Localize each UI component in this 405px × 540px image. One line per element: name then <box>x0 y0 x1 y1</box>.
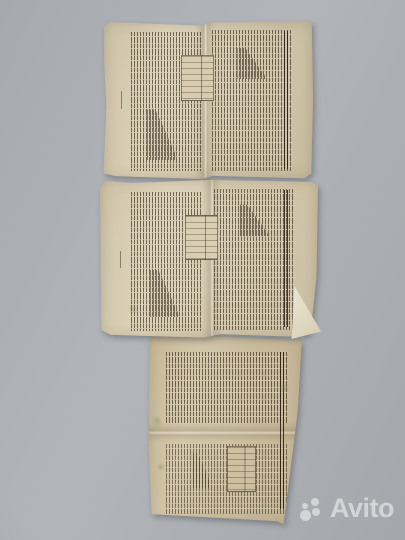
figures-table <box>227 446 256 492</box>
stain <box>126 302 140 316</box>
stain <box>149 413 165 429</box>
top-document-wrap <box>103 21 313 179</box>
page-footer-print <box>120 251 121 268</box>
bold-heading-bars <box>284 31 288 168</box>
watermark-label: Avito <box>330 495 394 522</box>
stain <box>155 461 167 473</box>
avito-logo-icon <box>299 494 325 522</box>
bold-heading-bars <box>284 190 288 327</box>
listing-photo: Avito <box>0 0 405 540</box>
middle-document <box>100 179 318 338</box>
bottom-document <box>147 335 304 526</box>
print-column-right <box>212 30 292 171</box>
figures-table <box>185 215 218 260</box>
logo-dot <box>312 508 320 516</box>
print-block-upper <box>166 352 287 423</box>
print-column-right <box>214 189 295 330</box>
logo-dot <box>302 503 308 509</box>
page-footer-print <box>121 91 122 110</box>
figures-table <box>181 55 215 101</box>
top-document <box>103 21 313 179</box>
logo-dot <box>300 510 311 521</box>
bold-heading-bars <box>280 352 284 509</box>
middle-document-wrap <box>100 179 318 338</box>
avito-watermark: Avito <box>299 494 394 522</box>
stain <box>277 381 291 395</box>
bottom-document-wrap <box>147 335 304 526</box>
logo-dot <box>311 498 319 506</box>
